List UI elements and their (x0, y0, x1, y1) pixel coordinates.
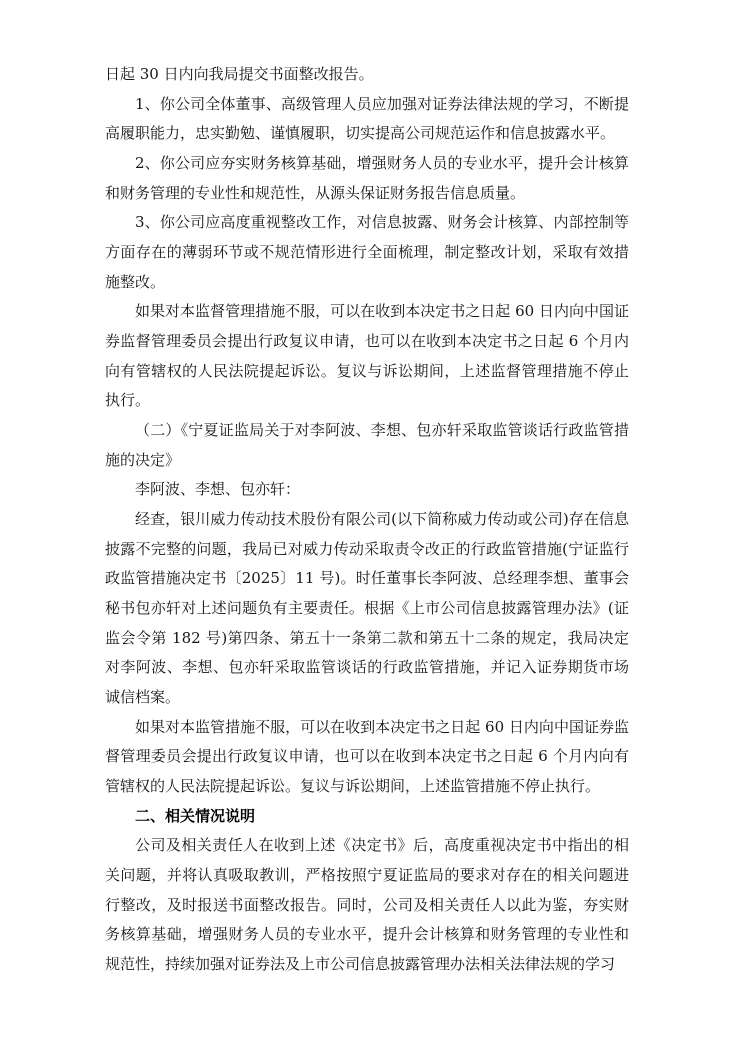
paragraph: 公司及相关责任人在收到上述《决定书》后，高度重视决定书中指出的相关问题，并将认真… (105, 831, 629, 979)
paragraph: 如果对本监管措施不服，可以在收到本决定书之日起 60 日内向中国证券监督管理委员… (105, 713, 629, 802)
paragraph: 如果对本监督管理措施不服，可以在收到本决定书之日起 60 日内向中国证券监督管理… (105, 297, 629, 416)
paragraph-salutation: 李阿波、李想、包亦轩： (105, 475, 629, 505)
paragraph: 日起 30 日内向我局提交书面整改报告。 (105, 60, 629, 90)
document-page: 日起 30 日内向我局提交书面整改报告。 1、你公司全体董事、高级管理人员应加强… (0, 0, 735, 1044)
paragraph: 3、你公司应高度重视整改工作，对信息披露、财务会计核算、内部控制等方面存在的薄弱… (105, 208, 629, 297)
paragraph: 经查，银川威力传动技术股份有限公司(以下简称威力传动或公司)存在信息披露不完整的… (105, 505, 629, 713)
paragraph-section-title: （二）《宁夏证监局关于对李阿波、李想、包亦轩采取监管谈话行政监管措施的决定》 (105, 416, 629, 475)
paragraph: 2、你公司应夯实财务核算基础，增强财务人员的专业水平，提升会计核算和财务管理的专… (105, 149, 629, 208)
section-heading: 二、相关情况说明 (105, 802, 629, 832)
paragraph: 1、你公司全体董事、高级管理人员应加强对证券法律法规的学习，不断提高履职能力，忠… (105, 90, 629, 149)
